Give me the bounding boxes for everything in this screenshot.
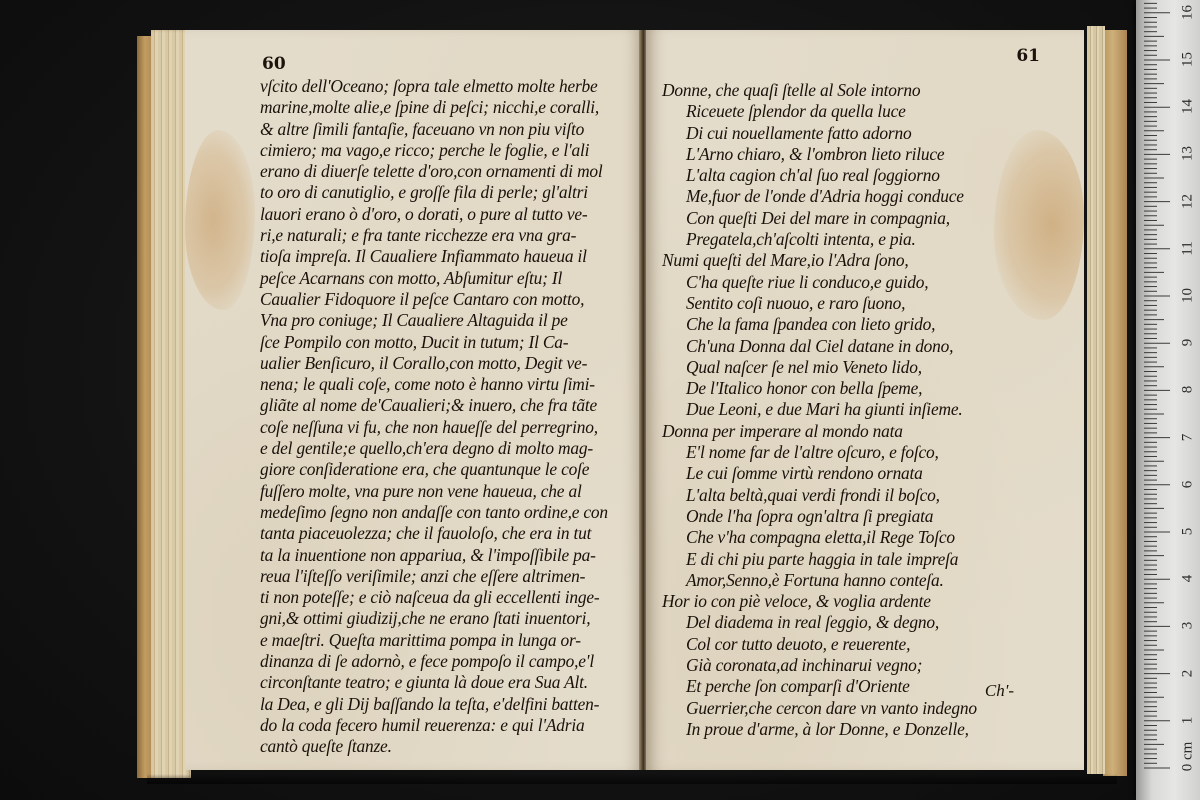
ruler-label: 16 bbox=[1180, 0, 1197, 24]
measuring-ruler: 0 cm12345678910111213141516 bbox=[1136, 0, 1200, 800]
ruler-label: 1 bbox=[1180, 708, 1197, 732]
text-line: reua l'iſteſſo veriſimile; anzi che eſſe… bbox=[260, 566, 630, 587]
verse-line: Le cui ſomme virtù rendono ornata bbox=[662, 463, 1012, 484]
right-page: 61 Donne, che quaſi ſtelle al Sole intor… bbox=[646, 30, 1084, 770]
left-page: 60 vſcito dell'Oceano; ſopra tale elmett… bbox=[185, 30, 643, 770]
text-line: fuſſero molte, vna pure non vene haueua,… bbox=[260, 481, 630, 502]
verse-line: Me,fuor de l'onde d'Adria hoggi conduce bbox=[662, 186, 1012, 207]
verse-line: Che v'ha compagna eletta,il Rege Toſco bbox=[662, 527, 1012, 548]
text-line: circonſtante teatro; e giunta là doue er… bbox=[260, 672, 630, 693]
ruler-label: 0 cm bbox=[1180, 737, 1197, 777]
text-line: do la coda fecero humil reuerenza: e qui… bbox=[260, 715, 630, 736]
text-line: ri,e naturali; e fra tante ricchezze era… bbox=[260, 225, 630, 246]
verse-line: Et perche ſon comparſi d'Oriente bbox=[662, 676, 1012, 697]
verse-line: Due Leoni, e due Mari ha giunti inſieme. bbox=[662, 399, 1012, 420]
text-line: ti non poteſſe; e ciò naſceua da gli ecc… bbox=[260, 587, 630, 608]
text-line: e maeſtri. Queſta marittima pompa in lun… bbox=[260, 630, 630, 651]
ruler-label: 5 bbox=[1180, 520, 1197, 544]
verse-line: De l'Italico honor con bella ſpeme, bbox=[662, 378, 1012, 399]
text-line: ualier Benſicuro, il Corallo,con motto, … bbox=[260, 353, 630, 374]
stanza-first-line: Donna per imperare al mondo nata bbox=[662, 421, 1012, 442]
text-line: Caualier Fidoquore il peſce Cantaro con … bbox=[260, 289, 630, 310]
text-line: & altre ſimili fantaſie, faceuano vn non… bbox=[260, 119, 630, 140]
stanza-first-line: Hor io con piè veloce, & voglia ardente bbox=[662, 591, 1012, 612]
verse-line: C'ha queſte riue li conduco,e guido, bbox=[662, 272, 1012, 293]
text-line: cantò queſte ſtanze. bbox=[260, 736, 630, 757]
text-line: cimiero; ma vago,e ricco; perche le fogl… bbox=[260, 140, 630, 161]
ruler-label: 7 bbox=[1180, 425, 1197, 449]
verse-line: Sentito coſi nuouo, e raro ſuono, bbox=[662, 293, 1012, 314]
text-line: gni,& ottimi giudizij,che ne erano ſtati… bbox=[260, 608, 630, 629]
verse-line: Onde l'ha ſopra ogn'altra ſi pregiata bbox=[662, 506, 1012, 527]
verse-line: L'alta cagion ch'al ſuo real ſoggiorno bbox=[662, 165, 1012, 186]
verse-line: Pregatela,ch'aſcolti intenta, e pia. bbox=[662, 229, 1012, 250]
ruler-label: 14 bbox=[1180, 95, 1197, 119]
ruler-label: 9 bbox=[1180, 331, 1197, 355]
text-line: tioſa impreſa. Il Caualiere Infiammato h… bbox=[260, 246, 630, 267]
ruler-label: 13 bbox=[1180, 142, 1197, 166]
ruler-label: 15 bbox=[1180, 48, 1197, 72]
verse-line: L'alta beltà,quai verdi frondi il boſco, bbox=[662, 485, 1012, 506]
book-shadow bbox=[147, 774, 1117, 784]
water-stain bbox=[185, 130, 255, 310]
verse-line: Riceuete ſplendor da quella luce bbox=[662, 101, 1012, 122]
verse-line: Ch'una Donna dal Ciel datane in dono, bbox=[662, 336, 1012, 357]
text-line: la Dea, e gli Dij baſſando la teſta, e'd… bbox=[260, 694, 630, 715]
verse-line: Di cui nouellamente fatto adorno bbox=[662, 123, 1012, 144]
ruler-label: 2 bbox=[1180, 661, 1197, 685]
ruler-label: 11 bbox=[1180, 236, 1197, 260]
book-right-page-stack bbox=[1087, 26, 1105, 774]
verse-line: Del diadema in real ſeggio, & degno, bbox=[662, 612, 1012, 633]
verse-line: Che la fama ſpandea con lieto grido, bbox=[662, 314, 1012, 335]
book-right-cover-edge bbox=[1103, 30, 1127, 776]
verse-text: Donne, che quaſi ſtelle al Sole intornoR… bbox=[662, 80, 1012, 740]
catchword: Ch'- bbox=[985, 681, 1014, 701]
verse-line: L'Arno chiaro, & l'ombron lieto riluce bbox=[662, 144, 1012, 165]
text-line: to oro di canutiglio, e groſſe fila di p… bbox=[260, 182, 630, 203]
text-line: Vna pro coniuge; Il Caualiere Altaguida … bbox=[260, 310, 630, 331]
verse-line: E di chi piu parte haggia in tale impreſ… bbox=[662, 549, 1012, 570]
verse-line: Con queſti Dei del mare in compagnia, bbox=[662, 208, 1012, 229]
verse-line: Guerrier,che cercon dare vn vanto indegn… bbox=[662, 698, 1012, 719]
text-line: dinanza di ſe adornò, e fece pompoſo il … bbox=[260, 651, 630, 672]
ruler-ticks bbox=[1144, 0, 1174, 800]
text-line: lauori erano ò d'oro, o dorati, o pure a… bbox=[260, 204, 630, 225]
verse-line: Qual naſcer ſe nel mio Veneto lido, bbox=[662, 357, 1012, 378]
page-number-left: 60 bbox=[262, 54, 286, 74]
text-line: marine,molte alie,e ſpine di peſci; nicc… bbox=[260, 97, 630, 118]
verse-line: Amor,Senno,è Fortuna hanno conteſa. bbox=[662, 570, 1012, 591]
text-line: ſce Pompilo con motto, Ducit in tutum; I… bbox=[260, 332, 630, 353]
ruler-label: 12 bbox=[1180, 189, 1197, 213]
text-line: coſe neſſuna vi fu, che non haueſſe del … bbox=[260, 417, 630, 438]
ruler-label: 10 bbox=[1180, 284, 1197, 308]
text-line: e del gentile;e quello,ch'era degno di m… bbox=[260, 438, 630, 459]
verse-line: Già coronata,ad inchinarui vegno; bbox=[662, 655, 1012, 676]
stanza-first-line: Donne, che quaſi ſtelle al Sole intorno bbox=[662, 80, 1012, 101]
stanza-first-line: Numi queſti del Mare,io l'Adra ſono, bbox=[662, 250, 1012, 271]
verse-line: Col cor tutto deuoto, e reuerente, bbox=[662, 634, 1012, 655]
ruler-label: 6 bbox=[1180, 472, 1197, 496]
text-line: peſce Acarnans con motto, Abſumitur eſtu… bbox=[260, 268, 630, 289]
text-line: tanta piaceuolezza; che il fauoloſo, che… bbox=[260, 523, 630, 544]
text-line: nena; le quali coſe, come noto è hanno v… bbox=[260, 374, 630, 395]
ruler-label: 8 bbox=[1180, 378, 1197, 402]
ruler-label: 3 bbox=[1180, 614, 1197, 638]
text-line: erano di diuerſe telette d'oro,con ornam… bbox=[260, 161, 630, 182]
text-line: ta la inuentione non appariua, & l'impoſ… bbox=[260, 545, 630, 566]
text-line: giore conſideratione era, che quantunque… bbox=[260, 459, 630, 480]
ruler-label: 4 bbox=[1180, 567, 1197, 591]
text-line: gliãte al nome de'Caualieri;& inuero, ch… bbox=[260, 395, 630, 416]
open-book: 60 vſcito dell'Oceano; ſopra tale elmett… bbox=[137, 22, 1127, 780]
verse-line: In proue d'arme, à lor Donne, e Donzelle… bbox=[662, 719, 1012, 740]
prose-text: vſcito dell'Oceano; ſopra tale elmetto m… bbox=[260, 76, 630, 758]
page-number-right: 61 bbox=[1016, 46, 1040, 66]
verse-line: E'l nome far de l'altre oſcuro, e foſco, bbox=[662, 442, 1012, 463]
text-line: medeſimo ſegno non andaſſe con tanto ord… bbox=[260, 502, 630, 523]
text-line: vſcito dell'Oceano; ſopra tale elmetto m… bbox=[260, 76, 630, 97]
